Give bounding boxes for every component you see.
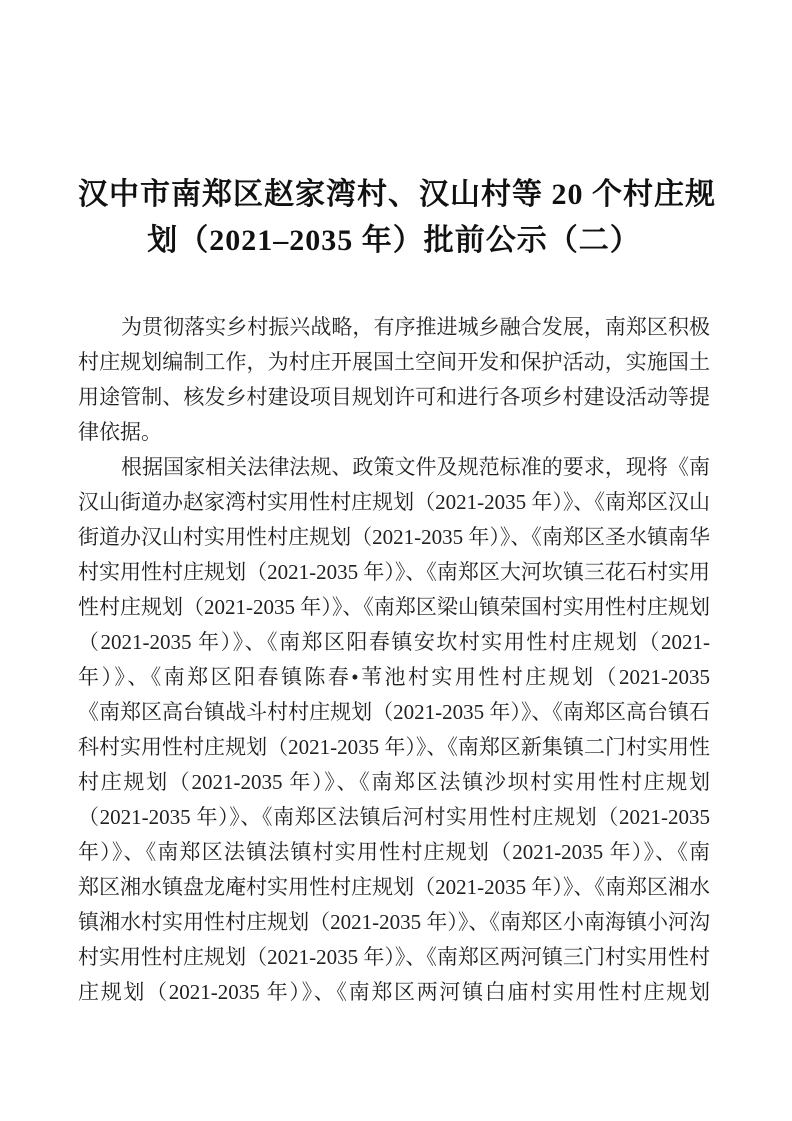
text-line: 年）》、《南郑区法镇法镇村实用性村庄规划（2021-2035 年）》、《南 (78, 835, 710, 870)
text-line: 用途管制、核发乡村建设项目规划许可和进行各项乡村建设活动等提供法 (78, 380, 710, 415)
text-line: 根据国家相关法律法规、政策文件及规范标准的要求，现将《南郑区 (78, 450, 710, 485)
text-line: 律依据。 (78, 415, 710, 450)
title-line-1: 汉中市南郑区赵家湾村、汉山村等 20 个村庄规 (78, 172, 710, 218)
document-content: 汉中市南郑区赵家湾村、汉山村等 20 个村庄规 划（2021–2035 年）批前… (0, 0, 792, 1010)
text-line: （2021-2035 年）》、《南郑区法镇后河村实用性村庄规划（2021-203… (78, 800, 710, 835)
document-body: 为贯彻落实乡村振兴战略，有序推进城乡融合发展，南郑区积极推进 村庄规划编制工作，… (78, 310, 710, 1010)
paragraph-1: 为贯彻落实乡村振兴战略，有序推进城乡融合发展，南郑区积极推进 村庄规划编制工作，… (78, 310, 710, 450)
text-line: 村庄规划（2021-2035 年）》、《南郑区法镇沙坝村实用性村庄规划 (78, 765, 710, 800)
text-line: 年）》、《南郑区阳春镇陈春•苇池村实用性村庄规划（2021-2035 年）》、 (78, 660, 710, 695)
text-line: 汉山街道办赵家湾村实用性村庄规划（2021-2035 年）》、《南郑区汉山 (78, 485, 710, 520)
text-line: 村实用性村庄规划（2021-2035 年）》、《南郑区大河坎镇三花石村实用 (78, 555, 710, 590)
text-line: 村实用性村庄规划（2021-2035 年）》、《南郑区两河镇三门村实用性村 (78, 940, 710, 975)
paragraph-2: 根据国家相关法律法规、政策文件及规范标准的要求，现将《南郑区 汉山街道办赵家湾村… (78, 450, 710, 1010)
text-line: 郑区湘水镇盘龙庵村实用性村庄规划（2021-2035 年）》、《南郑区湘水 (78, 870, 710, 905)
title-line-2: 划（2021–2035 年）批前公示（二） (78, 218, 710, 264)
text-line: （2021-2035 年）》、《南郑区阳春镇安坎村实用性村庄规划（2021-20… (78, 625, 710, 660)
text-line: 科村实用性村庄规划（2021-2035 年）》、《南郑区新集镇二门村实用性 (78, 730, 710, 765)
text-line: 《南郑区高台镇战斗村村庄规划（2021-2035 年）》、《南郑区高台镇石 (78, 695, 710, 730)
text-line: 镇湘水村实用性村庄规划（2021-2035 年）》、《南郑区小南海镇小河沟 (78, 905, 710, 940)
text-line: 街道办汉山村实用性村庄规划（2021-2035 年）》、《南郑区圣水镇南华 (78, 520, 710, 555)
document-page: 汉中市南郑区赵家湾村、汉山村等 20 个村庄规 划（2021–2035 年）批前… (0, 0, 792, 1121)
text-line: 性村庄规划（2021-2035 年）》、《南郑区梁山镇荣国村实用性村庄规划 (78, 590, 710, 625)
document-title: 汉中市南郑区赵家湾村、汉山村等 20 个村庄规 划（2021–2035 年）批前… (78, 172, 710, 264)
text-line: 为贯彻落实乡村振兴战略，有序推进城乡融合发展，南郑区积极推进 (78, 310, 710, 345)
text-line: 村庄规划编制工作，为村庄开展国土空间开发和保护活动，实施国土空间 (78, 345, 710, 380)
text-line: 庄规划（2021-2035 年）》、《南郑区两河镇白庙村实用性村庄规划 (78, 975, 710, 1010)
